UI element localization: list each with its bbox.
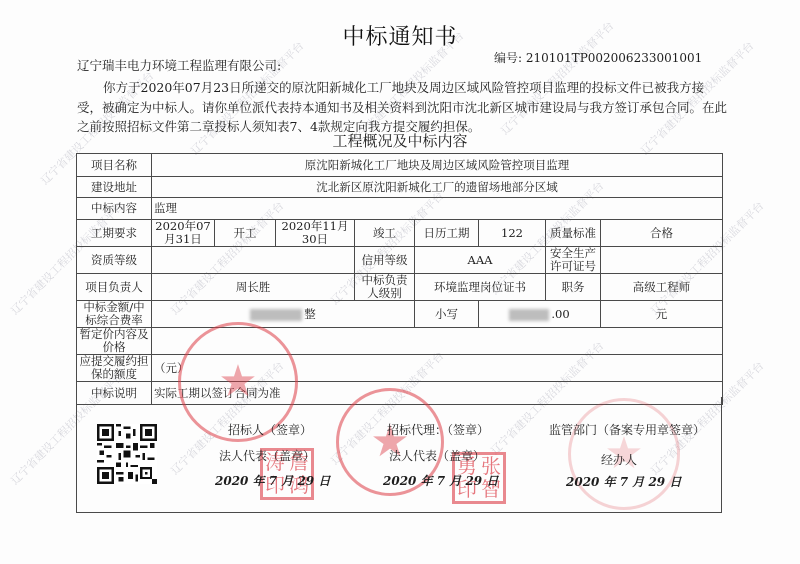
amount-upper-suffix: 整 [304, 307, 316, 321]
quality-label: 质量标准 [546, 220, 601, 247]
safety-license-label: 安全生产许可证号 [546, 247, 601, 274]
content-value: 监理 [152, 198, 723, 220]
manager-label: 项目负责人 [77, 274, 152, 301]
redacted-amount [509, 309, 549, 321]
serial-value: 210101TP002006233001001 [526, 51, 702, 65]
manager-level-value: 环境监理岗位证书 [415, 274, 546, 301]
address-label: 建设地址 [77, 177, 152, 198]
manager-value: 周长胜 [152, 274, 355, 301]
manager-level-label: 中标负责人级别 [355, 274, 415, 301]
start-label: 开工 [215, 220, 276, 247]
position-label: 职务 [546, 274, 601, 301]
credit-label: 信用等级 [355, 247, 415, 274]
notice-body: 你方于2020年07月23日所递交的原沈阳新城化工厂地块及周边区域风险管控项目监… [77, 78, 727, 137]
end-date: 2020年11月30日 [276, 220, 355, 247]
tenderer-sign-label: 招标人（签章） [228, 421, 312, 438]
project-name-label: 项目名称 [77, 154, 152, 177]
start-date: 2020年07月31日 [152, 220, 215, 247]
agent-sign-label: 招标代理：（签章） [387, 421, 489, 438]
qualification-value [152, 247, 355, 274]
tenderer-rep-label: 法人代表（盖章） [219, 447, 315, 464]
calendar-days-label: 日历工期 [415, 220, 479, 247]
amount-unit: 元 [601, 301, 723, 328]
section-title: 工程概况及中标内容 [0, 130, 800, 151]
supervisor-date: 2020 年 7 月 29 日 [566, 473, 681, 490]
provisional-label: 暂定价内容及价格 [77, 328, 152, 355]
credit-value: AAA [415, 247, 546, 274]
content-label: 中标内容 [77, 198, 152, 220]
agent-rep-label: 法人代表（盖章） [389, 447, 485, 464]
tenderer-date: 2020 年 7 月 29 日 [215, 472, 330, 489]
amount-lower-suffix: .00 [551, 307, 569, 321]
star-icon: ★ [218, 360, 257, 404]
period-label: 工期要求 [77, 220, 152, 247]
serial-label: 编号: [494, 51, 522, 65]
amount-label: 中标金额/中标综合费率 [77, 301, 152, 328]
address-value: 沈北新区原沈阳新城化工厂的遗留场地部分区域 [152, 177, 723, 198]
supervisor-sign-label: 监管部门（备案专用章签章） [549, 421, 705, 438]
position-value: 高级工程师 [601, 274, 723, 301]
redacted-amount [250, 309, 302, 321]
qualification-label: 资质等级 [77, 247, 152, 274]
award-table: 项目名称 原沈阳新城化工厂地块及周边区域风险管控项目监理 建设地址 沈北新区原沈… [76, 153, 723, 405]
agent-date: 2020 年 7 月 29 日 [383, 472, 498, 489]
amount-lower: .00 [479, 301, 601, 328]
safety-license-value [601, 247, 723, 274]
qr-code-icon [97, 424, 157, 484]
project-name-value: 原沈阳新城化工厂地块及周边区域风险管控项目监理 [152, 154, 723, 177]
serial-number: 编号: 210101TP002006233001001 [494, 49, 702, 66]
amount-upper: 整 [152, 301, 415, 328]
quality-value: 合格 [601, 220, 723, 247]
calendar-days-value: 122 [479, 220, 546, 247]
guarantee-label: 应提交履约担保的额度 [77, 355, 152, 382]
addressee: 辽宁瑞丰电力环境工程监理有限公司: [77, 56, 281, 74]
end-label: 竣工 [355, 220, 415, 247]
supervisor-handler-label: 经办人 [601, 451, 637, 468]
amount-lower-label: 小写 [415, 301, 479, 328]
document-title: 中标通知书 [0, 20, 800, 51]
